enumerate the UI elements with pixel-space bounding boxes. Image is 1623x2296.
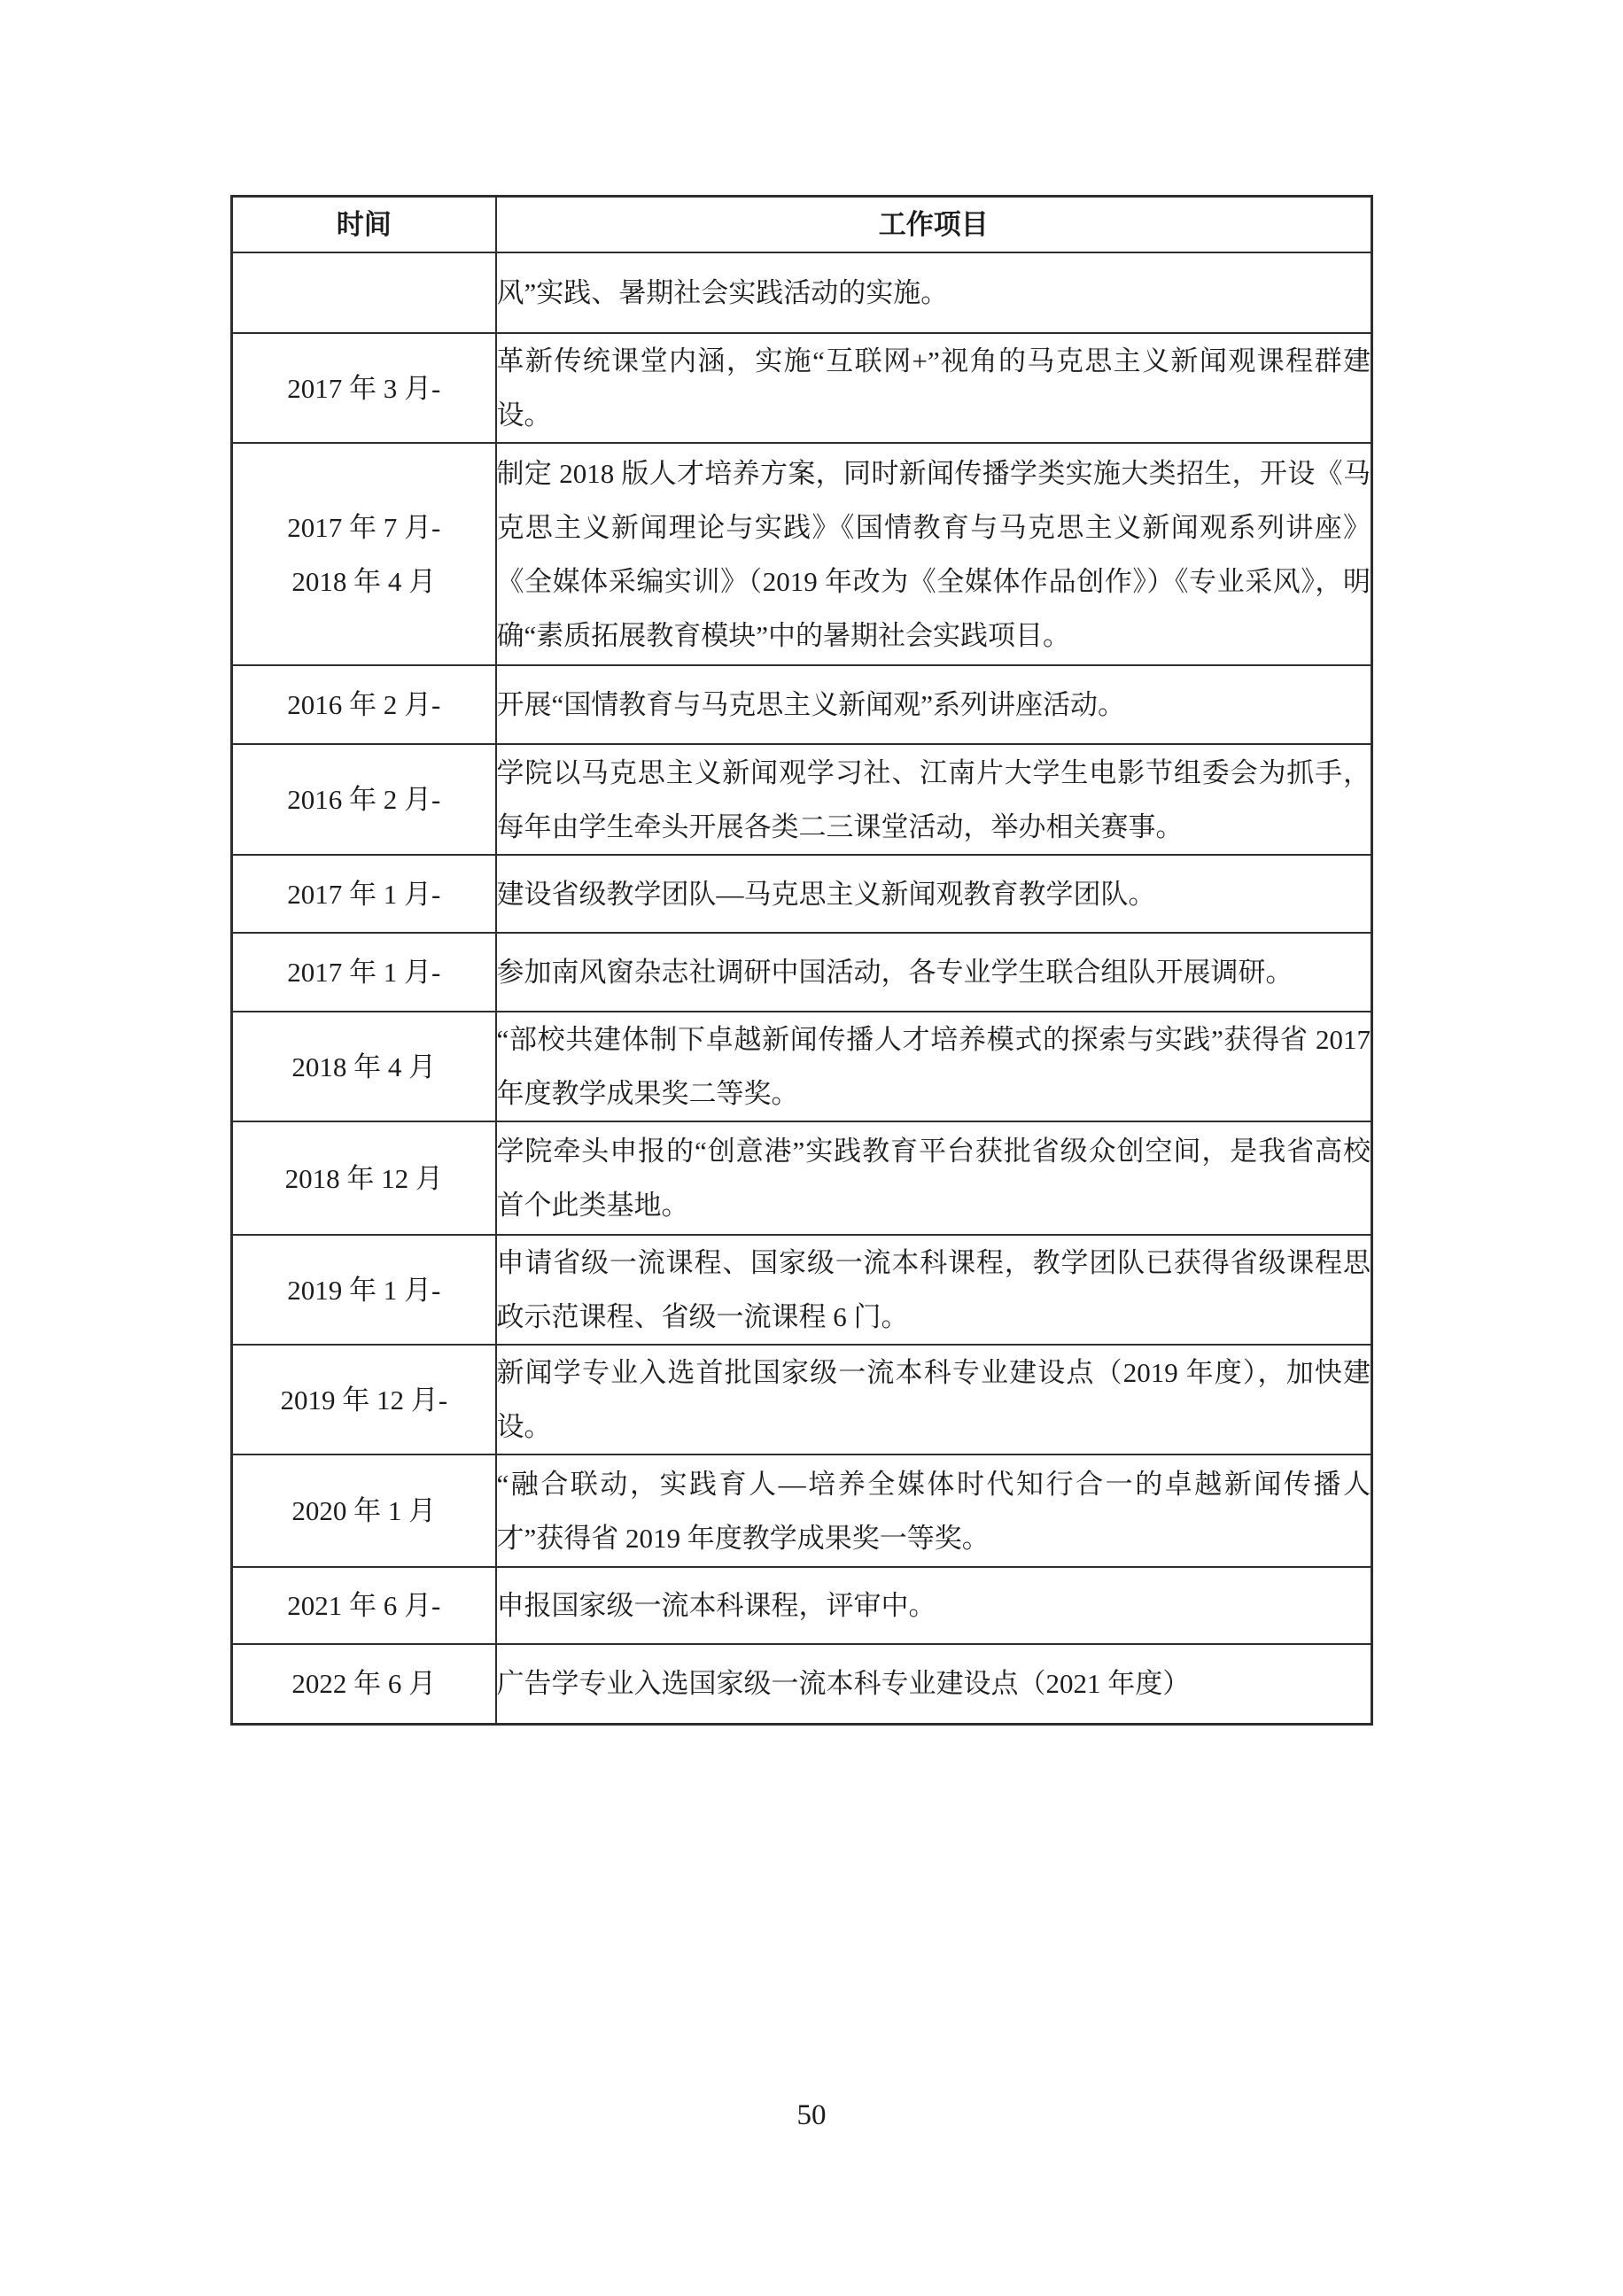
table-row: 2016 年 2 月- 开展“国情教育与马克思主义新闻观”系列讲座活动。 xyxy=(232,665,1372,744)
project-cell: 制定 2018 版人才培养方案，同时新闻传播学类实施大类招生，开设《马克思主义新… xyxy=(496,443,1372,665)
time-cell: 2019 年 1 月- xyxy=(232,1235,496,1345)
time-cell: 2016 年 2 月- xyxy=(232,665,496,744)
time-cell xyxy=(232,252,496,333)
time-cell: 2018 年 4 月 xyxy=(232,1012,496,1121)
table-row: 2018 年 12 月 学院牵头申报的“创意港”实践教育平台获批省级众创空间，是… xyxy=(232,1121,1372,1235)
project-cell: 参加南风窗杂志社调研中国活动，各专业学生联合组队开展调研。 xyxy=(496,933,1372,1012)
project-cell: 革新传统课堂内涵，实施“互联网+”视角的马克思主义新闻观课程群建设。 xyxy=(496,333,1372,443)
time-cell: 2016 年 2 月- xyxy=(232,744,496,855)
project-cell: 建设省级教学团队—马克思主义新闻观教育教学团队。 xyxy=(496,855,1372,933)
table-row: 2017 年 1 月- 建设省级教学团队—马克思主义新闻观教育教学团队。 xyxy=(232,855,1372,933)
time-cell: 2019 年 12 月- xyxy=(232,1345,496,1454)
table-row: 2017 年 3 月- 革新传统课堂内涵，实施“互联网+”视角的马克思主义新闻观… xyxy=(232,333,1372,443)
time-cell: 2017 年 7 月- 2018 年 4 月 xyxy=(232,443,496,665)
project-cell: 学院以马克思主义新闻观学习社、江南片大学生电影节组委会为抓手，每年由学生牵头开展… xyxy=(496,744,1372,855)
work-schedule-table: 时间 工作项目 风”实践、暑期社会实践活动的实施。 2017 年 3 月- 革新… xyxy=(230,195,1373,1726)
page-number: 50 xyxy=(0,2098,1623,2133)
project-cell: 申请省级一流课程、国家级一流本科课程，教学团队已获得省级课程思政示范课程、省级一… xyxy=(496,1235,1372,1345)
column-header-project: 工作项目 xyxy=(496,197,1372,253)
project-cell: 开展“国情教育与马克思主义新闻观”系列讲座活动。 xyxy=(496,665,1372,744)
time-cell: 2021 年 6 月- xyxy=(232,1567,496,1644)
table-row: 2021 年 6 月- 申报国家级一流本科课程，评审中。 xyxy=(232,1567,1372,1644)
project-cell: “部校共建体制下卓越新闻传播人才培养模式的探索与实践”获得省 2017 年度教学… xyxy=(496,1012,1372,1121)
time-cell: 2017 年 3 月- xyxy=(232,333,496,443)
column-header-time: 时间 xyxy=(232,197,496,253)
document-page: 时间 工作项目 风”实践、暑期社会实践活动的实施。 2017 年 3 月- 革新… xyxy=(0,0,1623,2296)
time-cell: 2020 年 1 月 xyxy=(232,1454,496,1567)
project-cell: 学院牵头申报的“创意港”实践教育平台获批省级众创空间，是我省高校首个此类基地。 xyxy=(496,1121,1372,1235)
time-cell: 2017 年 1 月- xyxy=(232,855,496,933)
table-header-row: 时间 工作项目 xyxy=(232,197,1372,253)
time-cell: 2017 年 1 月- xyxy=(232,933,496,1012)
table-row: 2020 年 1 月 “融合联动，实践育人—培养全媒体时代知行合一的卓越新闻传播… xyxy=(232,1454,1372,1567)
project-cell: “融合联动，实践育人—培养全媒体时代知行合一的卓越新闻传播人才”获得省 2019… xyxy=(496,1454,1372,1567)
table-row: 2018 年 4 月 “部校共建体制下卓越新闻传播人才培养模式的探索与实践”获得… xyxy=(232,1012,1372,1121)
table-row: 2022 年 6 月 广告学专业入选国家级一流本科专业建设点（2021 年度） xyxy=(232,1644,1372,1724)
time-cell: 2018 年 12 月 xyxy=(232,1121,496,1235)
table-row: 风”实践、暑期社会实践活动的实施。 xyxy=(232,252,1372,333)
table-row: 2017 年 7 月- 2018 年 4 月 制定 2018 版人才培养方案，同… xyxy=(232,443,1372,665)
table-row: 2019 年 1 月- 申请省级一流课程、国家级一流本科课程，教学团队已获得省级… xyxy=(232,1235,1372,1345)
project-cell: 申报国家级一流本科课程，评审中。 xyxy=(496,1567,1372,1644)
project-cell: 风”实践、暑期社会实践活动的实施。 xyxy=(496,252,1372,333)
table-row: 2017 年 1 月- 参加南风窗杂志社调研中国活动，各专业学生联合组队开展调研… xyxy=(232,933,1372,1012)
project-cell: 新闻学专业入选首批国家级一流本科专业建设点（2019 年度），加快建设。 xyxy=(496,1345,1372,1454)
table-row: 2019 年 12 月- 新闻学专业入选首批国家级一流本科专业建设点（2019 … xyxy=(232,1345,1372,1454)
table-row: 2016 年 2 月- 学院以马克思主义新闻观学习社、江南片大学生电影节组委会为… xyxy=(232,744,1372,855)
time-cell: 2022 年 6 月 xyxy=(232,1644,496,1724)
project-cell: 广告学专业入选国家级一流本科专业建设点（2021 年度） xyxy=(496,1644,1372,1724)
